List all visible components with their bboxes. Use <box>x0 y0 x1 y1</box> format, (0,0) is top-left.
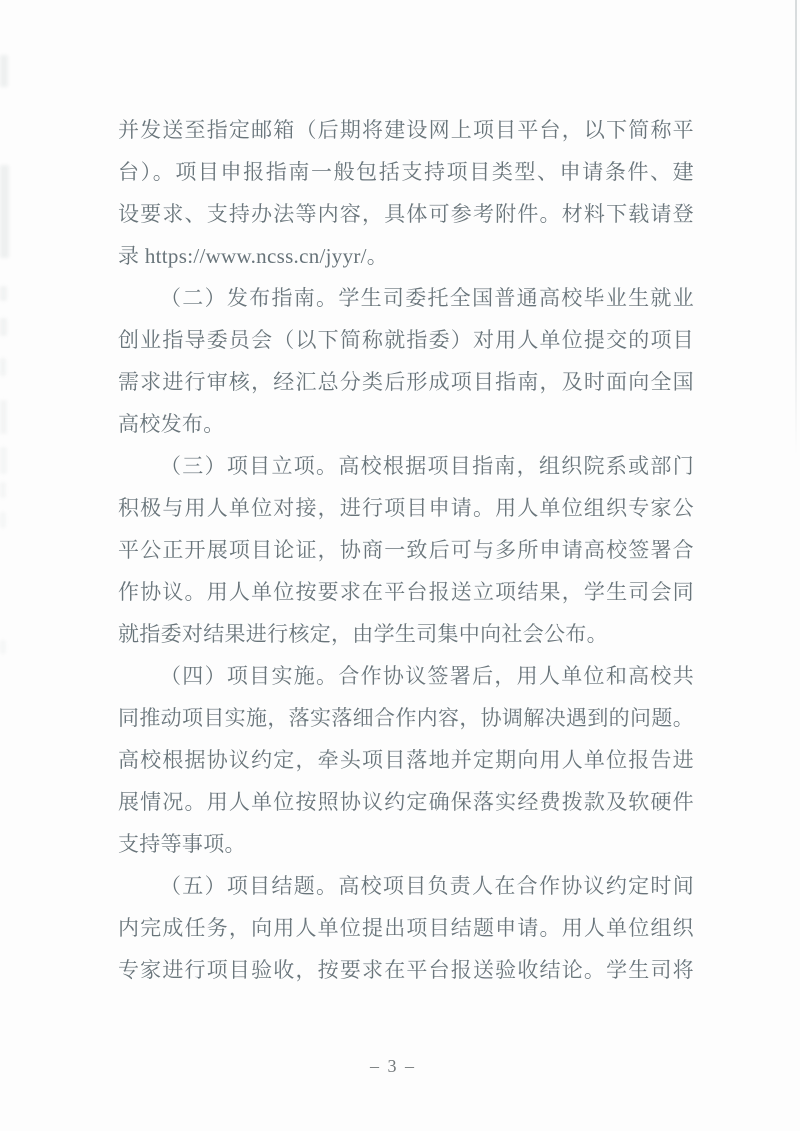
text-line: 高校根据协议约定，牵头项目落地并定期向用人单位报告进 <box>118 739 694 781</box>
text-line: 支持等事项。 <box>118 823 694 865</box>
page-edge-shadow <box>795 0 797 455</box>
text-line: 内完成任务，向用人单位提出项目结题申请。用人单位组织 <box>118 907 694 949</box>
document-page: 并发送至指定邮箱（后期将建设网上项目平台，以下简称平 台）。项目申报指南一般包括… <box>0 0 800 1131</box>
scan-artifact <box>0 512 6 528</box>
scan-artifact <box>0 482 6 498</box>
paragraph: （四）项目实施。合作协议签署后，用人单位和高校共 同推动项目实施，落实落细合作内… <box>118 655 694 865</box>
scan-artifact <box>0 358 6 376</box>
scan-artifact <box>0 318 7 336</box>
paragraph: （三）项目立项。高校根据项目指南，组织院系或部门 积极与用人单位对接，进行项目申… <box>118 445 694 655</box>
text-line: 高校发布。 <box>118 403 694 445</box>
text-line: （二）发布指南。学生司委托全国普通高校毕业生就业 <box>118 277 694 319</box>
body-text: 并发送至指定邮箱（后期将建设网上项目平台，以下简称平 台）。项目申报指南一般包括… <box>118 109 694 991</box>
paragraph: 并发送至指定邮箱（后期将建设网上项目平台，以下简称平 台）。项目申报指南一般包括… <box>118 109 694 277</box>
scan-artifact <box>0 400 7 434</box>
scan-artifact <box>0 286 7 301</box>
page-number: – 3 – <box>0 1054 793 1078</box>
text-line: 同推动项目实施，落实落细合作内容，协调解决遇到的问题。 <box>118 697 694 739</box>
text-line: 需求进行审核，经汇总分类后形成项目指南，及时面向全国 <box>118 361 694 403</box>
scan-artifact <box>0 447 7 474</box>
text-line: 台）。项目申报指南一般包括支持项目类型、申请条件、建 <box>118 151 694 193</box>
text-line: 作协议。用人单位按要求在平台报送立项结果，学生司会同 <box>118 571 694 613</box>
scan-artifact <box>0 55 8 87</box>
paragraph: （五）项目结题。高校项目负责人在合作协议约定时间 内完成任务，向用人单位提出项目… <box>118 865 694 991</box>
text-line: 专家进行项目验收，按要求在平台报送验收结论。学生司将 <box>118 949 694 991</box>
scan-artifact <box>0 165 9 258</box>
text-line: （五）项目结题。高校项目负责人在合作协议约定时间 <box>118 865 694 907</box>
scan-artifact <box>0 640 6 654</box>
text-line: 设要求、支持办法等内容，具体可参考附件。材料下载请登 <box>118 193 694 235</box>
text-line: 创业指导委员会（以下简称就指委）对用人单位提交的项目 <box>118 319 694 361</box>
text-line: 平公正开展项目论证，协商一致后可与多所申请高校签署合 <box>118 529 694 571</box>
text-line-url: 录 https://www.ncss.cn/jyyr/。 <box>118 235 694 277</box>
text-line: 积极与用人单位对接，进行项目申请。用人单位组织专家公 <box>118 487 694 529</box>
text-line: 并发送至指定邮箱（后期将建设网上项目平台，以下简称平 <box>118 109 694 151</box>
paragraph: （二）发布指南。学生司委托全国普通高校毕业生就业 创业指导委员会（以下简称就指委… <box>118 277 694 445</box>
page-number-label: – 3 – <box>370 1056 416 1076</box>
text-line: （四）项目实施。合作协议签署后，用人单位和高校共 <box>118 655 694 697</box>
text-line: 就指委对结果进行核定，由学生司集中向社会公布。 <box>118 613 694 655</box>
text-line: （三）项目立项。高校根据项目指南，组织院系或部门 <box>118 445 694 487</box>
text-line: 展情况。用人单位按照协议约定确保落实经费拨款及软硬件 <box>118 781 694 823</box>
